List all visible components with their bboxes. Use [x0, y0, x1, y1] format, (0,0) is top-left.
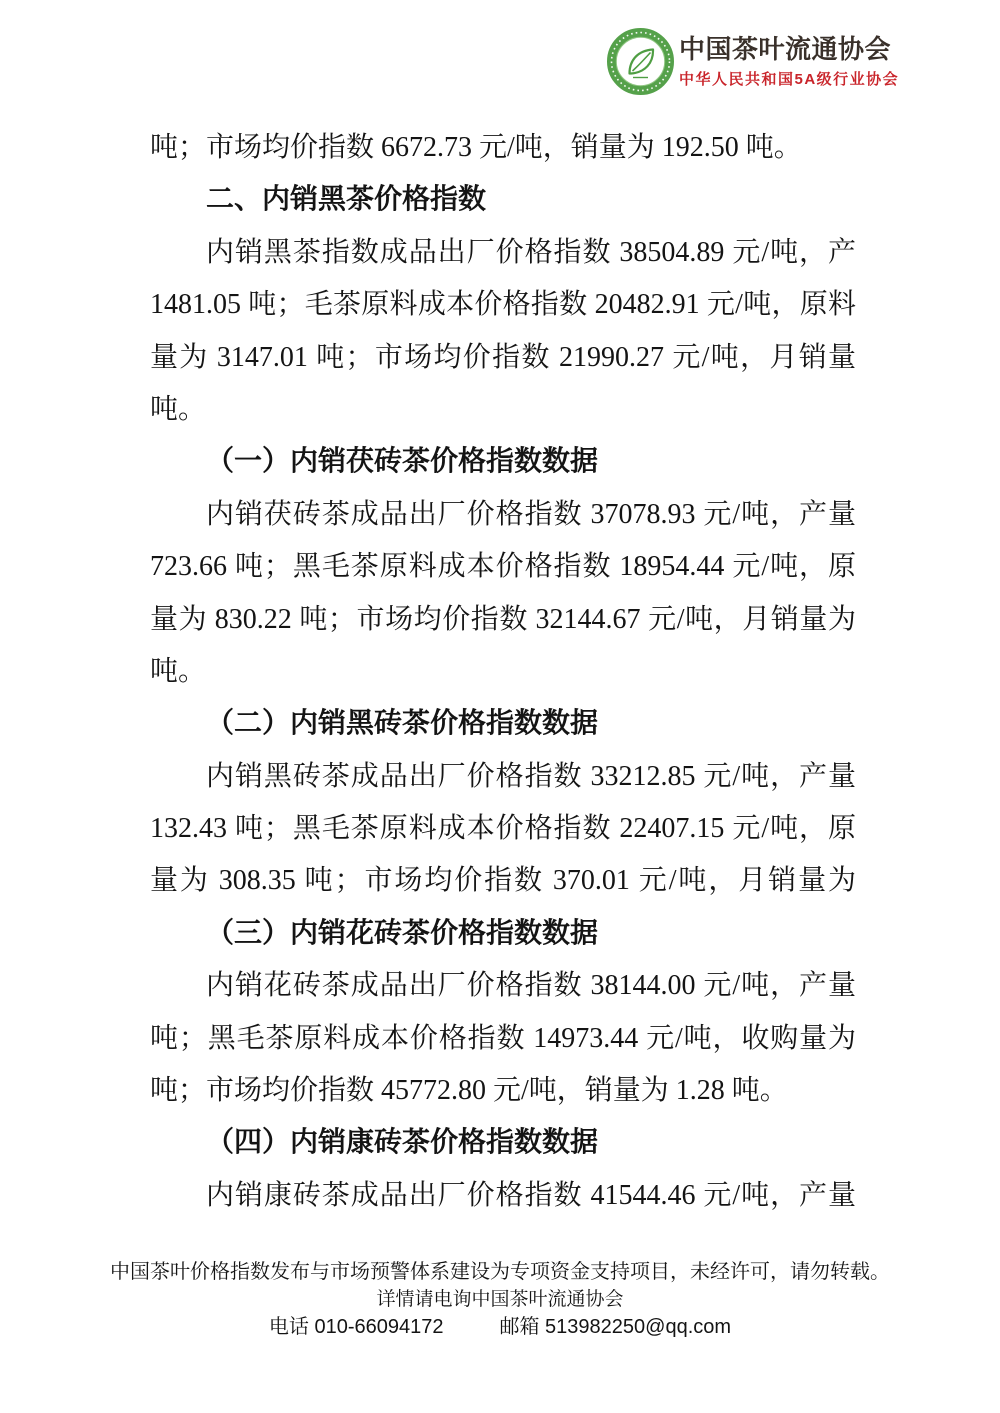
association-name: 中国茶叶流通协会 [679, 35, 899, 65]
document-page: 中国茶叶流通协会 中华人民共和国5A级行业协会 吨；市场均价指数 6672.73… [0, 0, 1000, 1413]
footer-contact-line: 电话 010-66094172邮箱 513982250@qq.com [0, 1314, 1000, 1341]
body-line: 132.43 吨；黑毛茶原料成本价格指数 22407.15 元/吨，原料收购 [150, 803, 856, 855]
section-heading: （一）内销茯砖茶价格指数数据 [150, 436, 856, 488]
letterhead-text: 中国茶叶流通协会 中华人民共和国5A级行业协会 [679, 28, 899, 89]
body-line: 内销黑茶指数成品出厂价格指数 38504.89 元/吨，产量为 [150, 227, 856, 279]
body-line: 内销康砖茶成品出厂价格指数 41544.46 元/吨，产量为 [150, 1170, 856, 1222]
footer-email: 邮箱 513982250@qq.com [500, 1316, 732, 1338]
body-line: 吨。 [150, 646, 856, 698]
body-line: 量为 830.22 吨；市场均价指数 32144.67 元/吨，月销量为 129… [150, 594, 856, 646]
footer-phone: 电话 010-66094172 [269, 1316, 444, 1338]
body-line: 量为 3147.01 吨；市场均价指数 21990.27 元/吨，月销量为 65… [150, 332, 856, 384]
section-heading: （二）内销黑砖茶价格指数数据 [150, 698, 856, 750]
body-line: 内销花砖茶成品出厂价格指数 38144.00 元/吨，产量为 2.60 [150, 960, 856, 1012]
footer-contact-note: 详情请电询中国茶叶流通协会 [0, 1286, 1000, 1314]
document-body: 吨；市场均价指数 6672.73 元/吨，销量为 192.50 吨。二、内销黑茶… [150, 122, 856, 1222]
body-line: 量为 308.35 吨；市场均价指数 370.01 元/吨，月销量为 5.02 … [150, 855, 856, 907]
body-line: 723.66 吨；黑毛茶原料成本价格指数 18954.44 元/吨，原料收购 [150, 541, 856, 593]
body-line: 1481.05 吨；毛茶原料成本价格指数 20482.91 元/吨，原料收购 [150, 279, 856, 331]
body-line: 内销茯砖茶成品出厂价格指数 37078.93 元/吨，产量为 [150, 489, 856, 541]
letterhead: 中国茶叶流通协会 中华人民共和国5A级行业协会 [607, 28, 899, 95]
body-line: 内销黑砖茶成品出厂价格指数 33212.85 元/吨，产量为 [150, 751, 856, 803]
page-footer: 中国茶叶价格指数发布与市场预警体系建设为专项资金支持项目，未经许可，请勿转载。 … [0, 1258, 1000, 1341]
section-heading: （三）内销花砖茶价格指数数据 [150, 908, 856, 960]
association-subtitle: 中华人民共和国5A级行业协会 [679, 68, 899, 89]
footer-disclaimer: 中国茶叶价格指数发布与市场预警体系建设为专项资金支持项目，未经许可，请勿转载。 [0, 1258, 1000, 1286]
tea-leaf-ring-logo-icon [607, 28, 674, 95]
section-heading: 二、内销黑茶价格指数 [150, 174, 856, 226]
body-line: 吨；市场均价指数 45772.80 元/吨，销量为 1.28 吨。 [150, 1065, 856, 1117]
body-line: 吨。 [150, 384, 856, 436]
body-line: 吨；黑毛茶原料成本价格指数 14973.44 元/吨，收购量为 3.20 [150, 1013, 856, 1065]
body-line: 吨；市场均价指数 6672.73 元/吨，销量为 192.50 吨。 [150, 122, 856, 174]
section-heading: （四）内销康砖茶价格指数数据 [150, 1117, 856, 1169]
